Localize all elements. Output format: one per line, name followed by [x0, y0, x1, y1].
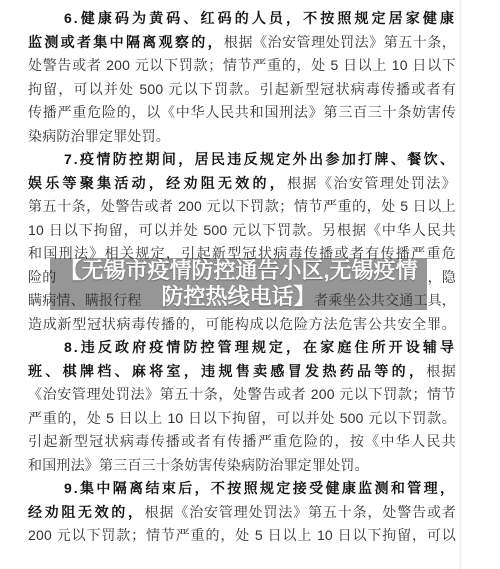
- text-line: 8.违反政府疫情防控管理规定，在家庭住所开设辅导: [28, 336, 456, 360]
- text-line: 造成新型冠状病毒传播的，可能构成以危险方法危害公共安全罪。: [28, 313, 456, 337]
- text-line: 经劝阻无效的，根据《治安管理处罚法》第五十条，处警告或者: [28, 501, 456, 525]
- text-line: 7.疫情防控期间，居民违反规定外出参加打牌、餐饮、: [28, 148, 456, 172]
- bold-text: 8.违反政府疫情防控管理规定，在家庭住所开设辅导: [64, 339, 456, 355]
- regular-text: 严重的，处 5 日以上 10 日以下拘留，可以并处 500 元以下罚款。: [28, 410, 456, 426]
- paragraph-item-9: 9.集中隔离结束后，不按照规定接受健康监测和管理，经劝阻无效的，根据《治安管理处…: [28, 477, 456, 548]
- text-line: 严重的，处 5 日以上 10 日以下拘留，可以并处 500 元以下罚款。: [28, 407, 456, 431]
- text-line: 传播严重危险的，以《中华人民共和国刑法》第三百三十条妨害传: [28, 101, 456, 125]
- text-line: 染病防治罪定罪处罚。: [28, 125, 456, 149]
- page: 6.健康码为黄码、红码的人员，不按照规定居家健康监测或者集中隔离观察的，根据《治…: [0, 0, 500, 569]
- text-line: 10 日以下拘留，可以并处 500 元以下罚款。另根据《中华人民共: [28, 219, 456, 243]
- text-line: 监测或者集中隔离观察的，根据《治安管理处罚法》第五十条，: [28, 31, 456, 55]
- text-line: 和国刑法》第三百三十条妨害传染病防治罪定罪处罚。: [28, 454, 456, 478]
- regular-text: 处警告或者 200 元以下罚款；情节严重的，处 5 日以上 10 日以下: [28, 57, 456, 73]
- bold-text: 7.疫情防控期间，居民违反规定外出参加打牌、餐饮、: [64, 151, 456, 167]
- regular-text: 造成新型冠状病毒传播的，可能构成以危险方法危害公共安全罪。: [28, 316, 456, 332]
- text-line: 200 元以下罚款；情节严重的，处 5 日以上 10 日以下拘留，可以: [28, 524, 456, 548]
- text-line: 班、棋牌档、麻将室，违规售卖感冒发热药品等的，根据: [28, 360, 456, 384]
- text-line: 引起新型冠状病毒传播或者有传播严重危险的，按《中华人民共: [28, 430, 456, 454]
- text-line: 9.集中隔离结束后，不按照规定接受健康监测和管理，: [28, 477, 456, 501]
- subtitle-line-1: 【无锡市疫情防控通告小区,无锡疫情: [59, 258, 417, 284]
- regular-text: 根据: [426, 363, 456, 379]
- scan-edge-artifact: [459, 0, 462, 569]
- text-line: 处警告或者 200 元以下罚款；情节严重的，处 5 日以上 10 日以下: [28, 54, 456, 78]
- subtitle-overlay: 【无锡市疫情防控通告小区,无锡疫情 防控热线电话】: [50, 258, 427, 310]
- regular-text: 引起新型冠状病毒传播或者有传播严重危险的，按《中华人民共: [28, 433, 456, 449]
- regular-text: 染病防治罪定罪处罚。: [28, 128, 170, 144]
- regular-text: 和国刑法》第三百三十条妨害传染病防治罪定罪处罚。: [28, 457, 369, 473]
- paragraph-item-6: 6.健康码为黄码、红码的人员，不按照规定居家健康监测或者集中隔离观察的，根据《治…: [28, 7, 456, 148]
- paragraph-item-8: 8.违反政府疫情防控管理规定，在家庭住所开设辅导班、棋牌档、麻将室，违规售卖感冒…: [28, 336, 456, 477]
- text-line: 拘留，可以并处 500 元以下罚款。引起新型冠状病毒传播或者有: [28, 78, 456, 102]
- bold-text: 经劝阻无效的，: [28, 504, 145, 520]
- regular-text: 第五十条，处警告或者 200 元以下罚款；情节严重的，处 5 日以上: [28, 198, 456, 214]
- bold-text: 9.集中隔离结束后，不按照规定接受健康监测和管理，: [64, 480, 456, 496]
- regular-text: 传播严重危险的，以《中华人民共和国刑法》第三百三十条妨害传: [28, 104, 456, 120]
- text-line: 6.健康码为黄码、红码的人员，不按照规定居家健康: [28, 7, 456, 31]
- text-fragment-right: ，隐: [428, 266, 456, 290]
- text-line: 娱乐等聚集活动，经劝阻无效的，根据《治安管理处罚法》: [28, 172, 456, 196]
- regular-text: ，隐: [428, 269, 456, 285]
- bold-text: 班、棋牌档、麻将室，违规售卖感冒发热药品等的，: [28, 363, 426, 379]
- bold-text: 6.健康码为黄码、红码的人员，不按照规定居家健康: [64, 10, 456, 26]
- regular-text: 根据《治安管理处罚法》第五十条，: [224, 34, 456, 50]
- text-line: 《治安管理处罚法》第五十条，处警告或者 200 元以下罚款；情节: [28, 383, 456, 407]
- regular-text: 根据《治安管理处罚法》: [287, 175, 456, 191]
- text-line: 第五十条，处警告或者 200 元以下罚款；情节严重的，处 5 日以上: [28, 195, 456, 219]
- bold-text: 监测或者集中隔离观察的，: [28, 34, 224, 50]
- regular-text: 10 日以下拘留，可以并处 500 元以下罚款。另根据《中华人民共: [28, 222, 456, 238]
- regular-text: 200 元以下罚款；情节严重的，处 5 日以上 10 日以下拘留，可以: [28, 527, 456, 543]
- bold-text: 娱乐等聚集活动，经劝阻无效的，: [28, 175, 287, 191]
- regular-text: 拘留，可以并处 500 元以下罚款。引起新型冠状病毒传播或者有: [28, 81, 456, 97]
- regular-text: 《治安管理处罚法》第五十条，处警告或者 200 元以下罚款；情节: [28, 386, 456, 402]
- regular-text: 根据《治安管理处罚法》第五十条，处警告或者: [145, 504, 456, 520]
- subtitle-line-2: 防控热线电话】: [161, 284, 315, 310]
